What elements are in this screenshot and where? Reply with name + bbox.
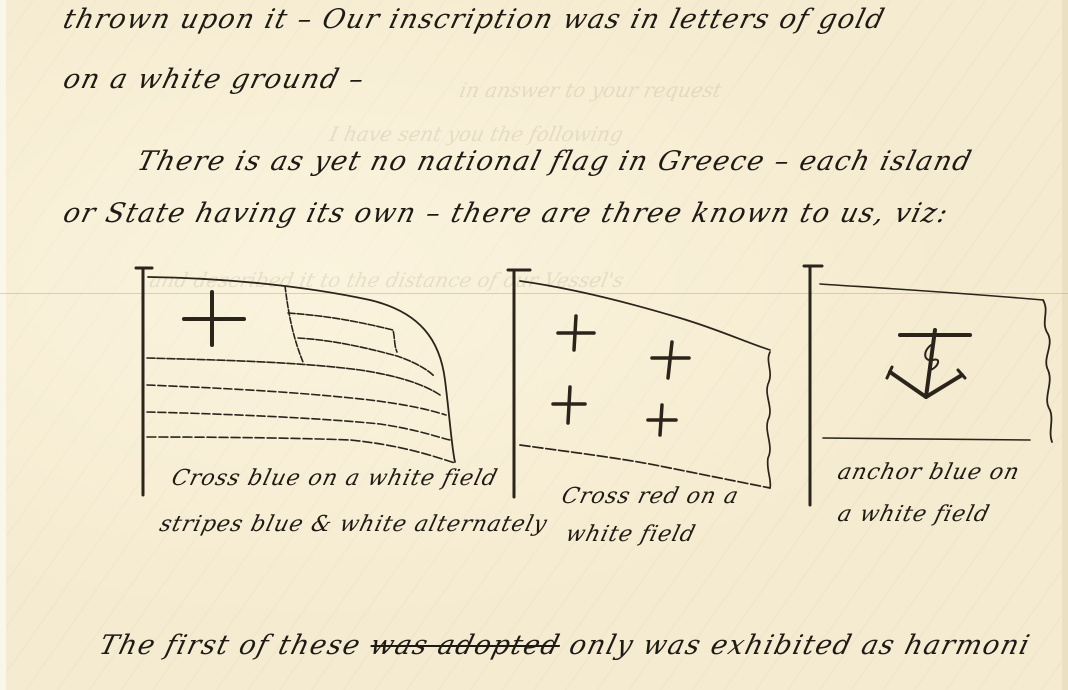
flag-2-caption: white field	[563, 524, 698, 546]
flag-2-sketch	[508, 270, 770, 497]
flag-sketches	[0, 0, 1068, 690]
anchor-icon	[887, 330, 970, 397]
flag-3-caption: a white field	[835, 504, 992, 526]
flag-1-caption: stripes blue & white alternately	[157, 514, 549, 536]
flag-3-caption: anchor blue on	[835, 462, 1022, 484]
flag-1-sketch	[136, 268, 455, 495]
flag-2-caption: Cross red on a	[559, 486, 741, 508]
flag-1-caption: Cross blue on a white field	[169, 468, 500, 490]
